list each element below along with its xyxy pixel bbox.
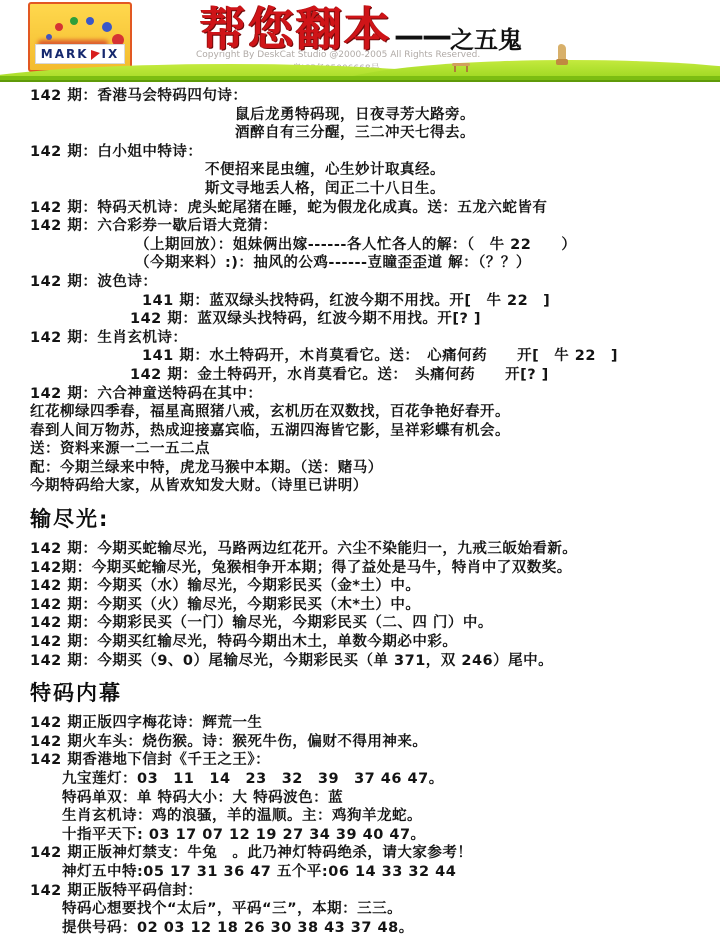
text-line: 142期：今期买蛇输尽光，兔猴相争开本期；得了益处是马牛，特肖中了双数奖。 [0, 559, 720, 578]
text-line: 配：今期兰绿来中特，虎龙马猴中本期。（送：赌马） [0, 459, 720, 478]
text-line: 生肖玄机诗：鸡的浪骚，羊的温顺。主：鸡狗羊龙蛇。 [0, 807, 720, 826]
grass-hill [0, 57, 720, 82]
text-line: 142 期：六合神童送特码在其中： [0, 385, 720, 404]
text-line: 142 期：六合彩券一歇后语大竞猜： [0, 217, 720, 236]
text-line: 神灯五中特:05 17 31 36 47 五个平:06 14 33 32 44 [0, 863, 720, 882]
text-line: （今期来料）:)：抽风的公鸡------壴瞳歪歪道 解：（？？） [0, 254, 720, 273]
logo-dot [55, 23, 63, 31]
text-line: 142 期：香港马会特码四句诗： [0, 87, 720, 106]
text-line: 142 期：今期买（水）输尽光，今期彩民买（金*土）中。 [0, 577, 720, 596]
text-line: （上期回放）：姐妹俩出嫁------各人忙各人的解：（ 牛 22 ） [0, 236, 720, 255]
text-line: 142 期：波色诗： [0, 273, 720, 292]
text-line: 十指平天下: 03 17 07 12 19 27 34 39 40 47。 [0, 826, 720, 845]
text-line: 142 期香港地下信封《千王之王》： [0, 751, 720, 770]
text-line: 特码心想要找个“太后”，平码“三”，本期：三三。 [0, 900, 720, 919]
section-heading: 输尽光: [0, 506, 720, 532]
text-line: 141 期：水土特码开，木肖莫看它。送： 心痛何药 开[ 牛 22 ] [0, 347, 720, 366]
text-line: 今期特码给大家，从皆欢知发大财。（诗里已讲明） [0, 477, 720, 496]
text-line: 142 期正版特平码信封： [0, 882, 720, 901]
text-line: 142 期正版神灯禁支：牛兔 。此乃神灯特码绝杀，请大家参考！ [0, 844, 720, 863]
rabbit-figure-icon [556, 44, 568, 66]
text-line: 春到人间万物苏，热成迎接嘉宾临，五湖四海皆它影，呈祥彩蝶有机会。 [0, 422, 720, 441]
text-line: 鼠后龙勇特码现，日夜寻芳大路旁。 [0, 106, 720, 125]
text-line: 斯文寻地丢人格，闰正二十八日生。 [0, 180, 720, 199]
text-line: 142 期：生肖玄机诗： [0, 329, 720, 348]
page-header: MARK IX 帮您翻本 —— 之五鬼 Copyright By DeskCat… [0, 0, 720, 82]
text-line: 141 期：蓝双绿头找特码，红波今期不用找。开[ 牛 22 ] [0, 292, 720, 311]
section-heading: 特码内幕 [0, 680, 720, 706]
text-line: 142 期：今期买蛇输尽光，马路两边红花开。六尘不染能归一，九戒三皈始看新。 [0, 540, 720, 559]
tip-sheet-body: 142 期：香港马会特码四句诗：鼠后龙勇特码现，日夜寻芳大路旁。酒醉自有三分醒，… [0, 82, 720, 935]
text-line: 提供号码：02 03 12 18 26 30 38 43 37 48。 [0, 919, 720, 935]
text-line: 九宝莲灯：03 11 14 23 32 39 37 46 47。 [0, 770, 720, 789]
text-line: 142 期：蓝双绿头找特码，红波今期不用找。开[? ] [0, 310, 720, 329]
title-dash: —— [394, 19, 450, 54]
text-line: 142 期：今期买红输尽光，特码今期出木土，单数今期必中彩。 [0, 633, 720, 652]
text-line: 142 期：特码天机诗：虎头蛇尾猪在睡，蛇为假龙化成真。送：五龙六蛇皆有 [0, 199, 720, 218]
logo-dot [70, 17, 78, 25]
text-line: 142 期正版四字梅花诗：辉荒一生 [0, 714, 720, 733]
text-line: 酒醉自有三分醒，三二冲天七得去。 [0, 124, 720, 143]
logo-dot [86, 17, 94, 25]
title-main: 帮您翻本 [200, 4, 392, 54]
text-line: 142 期火车头：烧伤猴。诗：猴死牛伤，偏财不得用神来。 [0, 733, 720, 752]
text-line: 不便招来昆虫缠，心生妙计取真经。 [0, 161, 720, 180]
text-line: 142 期：金土特码开，水肖莫看它。送： 头痛何药 开[? ] [0, 366, 720, 385]
text-line: 送：资料来源一二一五二点 [0, 440, 720, 459]
logo-dot [102, 22, 112, 32]
text-line: 142 期：今期买（火）输尽光，今期彩民买（木*土）中。 [0, 596, 720, 615]
bench-icon [452, 63, 470, 72]
text-line: 142 期：今期买（9、0）尾输尽光，今期彩民买（单 371，双 246）尾中。 [0, 652, 720, 671]
text-line: 红花柳绿四季春，福星高照猪八戒，玄机历在双数找，百花争艳好春开。 [0, 403, 720, 422]
text-line: 特码单双：单 特码大小：大 特码波色：蓝 [0, 789, 720, 808]
text-line: 142 期：今期彩民买（一门）输尽光，今期彩民买（二、四 门）中。 [0, 614, 720, 633]
text-line: 142 期：白小姐中特诗： [0, 143, 720, 162]
